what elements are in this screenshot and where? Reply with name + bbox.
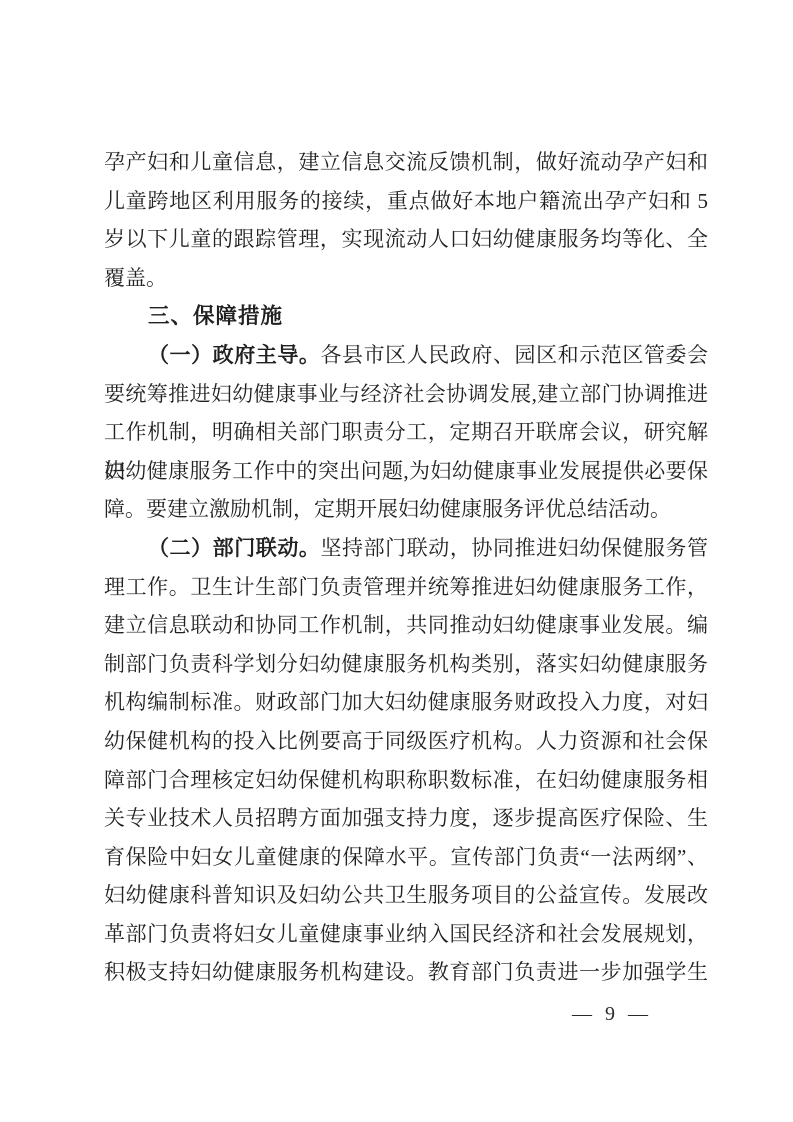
text-line: 机构编制标准。财政部门加大妇幼健康服务财政投入力度，对妇 (104, 683, 708, 722)
text-line: 建立信息联动和协同工作机制，共同推动妇幼健康事业发展。编 (104, 606, 708, 645)
text-line: （二）部门联动。坚持部门联动，协同推进妇幼保健服务管 (104, 529, 708, 568)
text-line: 岁以下儿童的跟踪管理，实现流动人口妇幼健康服务均等化、全 (104, 220, 708, 259)
text-line: 障部门合理核定妇幼保健机构职称职数标准，在妇幼健康服务相 (104, 761, 708, 800)
document-body: 孕产妇和儿童信息，建立信息交流反馈机制，做好流动孕产妇和儿童跨地区利用服务的接续… (104, 143, 708, 992)
text-line: 儿童跨地区利用服务的接续，重点做好本地户籍流出孕产妇和 5 (104, 182, 708, 221)
text-line: 覆盖。 (104, 259, 708, 298)
text-line: 要统筹推进妇幼健康事业与经济社会协调发展,建立部门协调推进 (104, 375, 708, 414)
text-line: 孕产妇和儿童信息，建立信息交流反馈机制，做好流动孕产妇和 (104, 143, 708, 182)
text-line: 障。要建立激励机制，定期开展妇幼健康服务评优总结活动。 (104, 490, 708, 529)
text-line: 幼保健机构的投入比例要高于同级医疗机构。人力资源和社会保 (104, 722, 708, 761)
paragraph-lead: （二）部门联动。 (148, 536, 320, 560)
page-number: — 9 — (572, 1001, 649, 1027)
text-line: 理工作。卫生计生部门负责管理并统筹推进妇幼健康服务工作， (104, 568, 708, 607)
text-line: 积极支持妇幼健康服务机构建设。教育部门负责进一步加强学生 (104, 953, 708, 992)
text-line: 关专业技术人员招聘方面加强支持力度，逐步提高医疗保险、生 (104, 799, 708, 838)
paragraph-lead: （一）政府主导。 (148, 343, 320, 367)
section-heading: 三、保障措施 (104, 297, 708, 336)
text-line: 制部门负责科学划分妇幼健康服务机构类别，落实妇幼健康服务 (104, 645, 708, 684)
text-line: 革部门负责将妇女儿童健康事业纳入国民经济和社会发展规划， (104, 915, 708, 954)
text-line: 妇幼健康科普知识及妇幼公共卫生服务项目的公益宣传。发展改 (104, 876, 708, 915)
text-line: 育保险中妇女儿童健康的保障水平。宣传部门负责“一法两纲”、 (104, 838, 708, 877)
text-line: 妇幼健康服务工作中的突出问题,为妇幼健康事业发展提供必要保 (104, 452, 708, 491)
text-line: 工作机制，明确相关部门职责分工，定期召开联席会议，研究解决 (104, 413, 708, 452)
document-page: 孕产妇和儿童信息，建立信息交流反馈机制，做好流动孕产妇和儿童跨地区利用服务的接续… (0, 0, 793, 1122)
text-line: （一）政府主导。各县市区人民政府、园区和示范区管委会 (104, 336, 708, 375)
